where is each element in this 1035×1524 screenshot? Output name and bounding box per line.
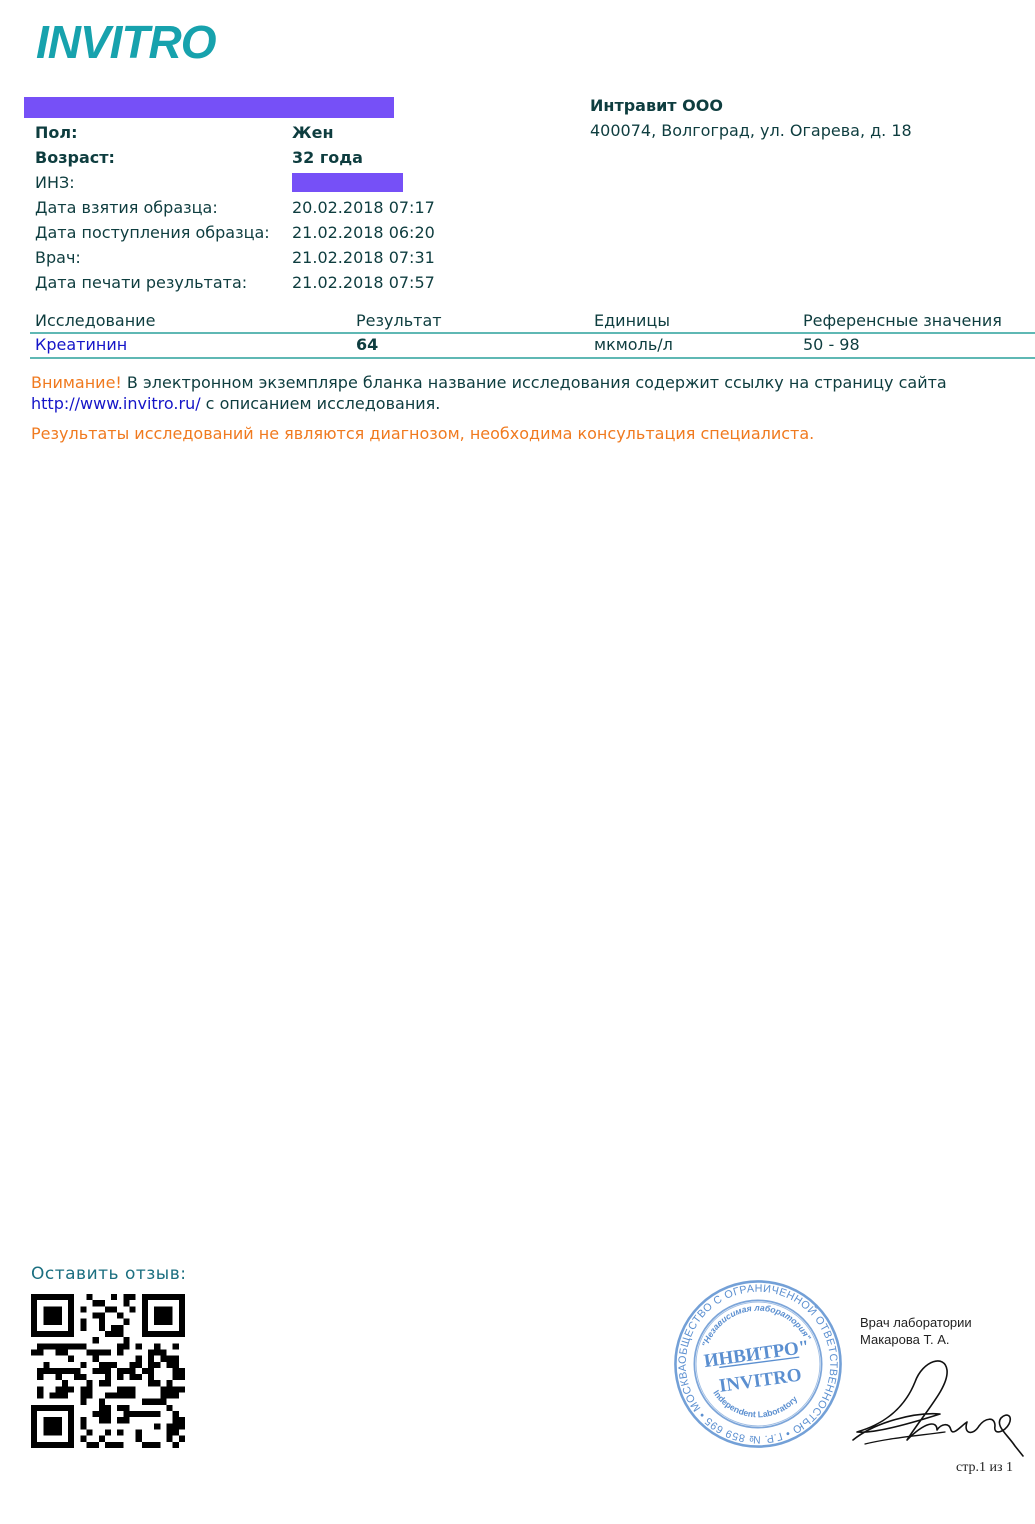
- sample-taken-value: 20.02.2018 07:17: [292, 195, 435, 220]
- column-header-result: Результат: [356, 310, 442, 332]
- attention-text: В электронном экземпляре бланка название…: [122, 373, 947, 392]
- column-header-test: Исследование: [35, 310, 155, 332]
- sex-value: Жен: [292, 120, 334, 145]
- lab-name: Интравит ООО: [590, 96, 723, 115]
- test-units: мкмоль/л: [594, 334, 673, 356]
- age-value: 32 года: [292, 145, 363, 170]
- doctor-name: Макарова Т. А.: [860, 1331, 972, 1348]
- test-reference: 50 - 98: [803, 334, 860, 356]
- doctor-value: 21.02.2018 07:31: [292, 245, 435, 270]
- age-label: Возраст:: [35, 145, 115, 170]
- print-date-value: 21.02.2018 07:57: [292, 270, 435, 295]
- signature-icon: [845, 1352, 1025, 1462]
- svg-text:INVITRO: INVITRO: [718, 1365, 803, 1397]
- sample-taken-label: Дата взятия образца:: [35, 195, 218, 220]
- attention-note: Внимание! В электронном экземпляре бланк…: [31, 372, 947, 393]
- doctor-signature-block: Врач лаборатории Макарова Т. А.: [860, 1314, 972, 1348]
- inz-label: ИНЗ:: [35, 170, 75, 195]
- redacted-inz-value: [292, 173, 403, 192]
- print-date-label: Дата печати результата:: [35, 270, 247, 295]
- qr-code-icon[interactable]: [31, 1294, 185, 1448]
- column-header-reference: Референсные значения: [803, 310, 1002, 332]
- attention-note-line2: http://www.invitro.ru/ с описанием иссле…: [31, 393, 440, 414]
- attention-label: Внимание!: [31, 373, 122, 392]
- invitro-site-link[interactable]: http://www.invitro.ru/: [31, 394, 201, 413]
- doctor-label: Врач:: [35, 245, 81, 270]
- table-row-divider: [30, 357, 1035, 359]
- column-header-units: Единицы: [594, 310, 670, 332]
- page-indicator: стр.1 из 1: [956, 1460, 1013, 1476]
- feedback-label: Оставить отзыв:: [31, 1264, 186, 1284]
- redacted-patient-name: [24, 97, 394, 118]
- sample-received-value: 21.02.2018 06:20: [292, 220, 435, 245]
- table-header-divider: [30, 332, 1035, 334]
- doctor-title: Врач лаборатории: [860, 1314, 972, 1331]
- attention-link-suffix: с описанием исследования.: [201, 394, 441, 413]
- lab-address: 400074, Волгоград, ул. Огарева, д. 18: [590, 121, 912, 140]
- sample-received-label: Дата поступления образца:: [35, 220, 270, 245]
- invitro-logo: INVITRO: [36, 16, 216, 68]
- sex-label: Пол:: [35, 120, 78, 145]
- test-result: 64: [356, 334, 378, 356]
- lab-stamp-icon: ОБЩЕСТВО С ОГРАНИЧЕННОЙ ОТВЕТСТВЕННОСТЬЮ…: [672, 1278, 844, 1450]
- test-name-link[interactable]: Креатинин: [35, 334, 127, 356]
- disclaimer-text: Результаты исследований не являются диаг…: [31, 423, 814, 444]
